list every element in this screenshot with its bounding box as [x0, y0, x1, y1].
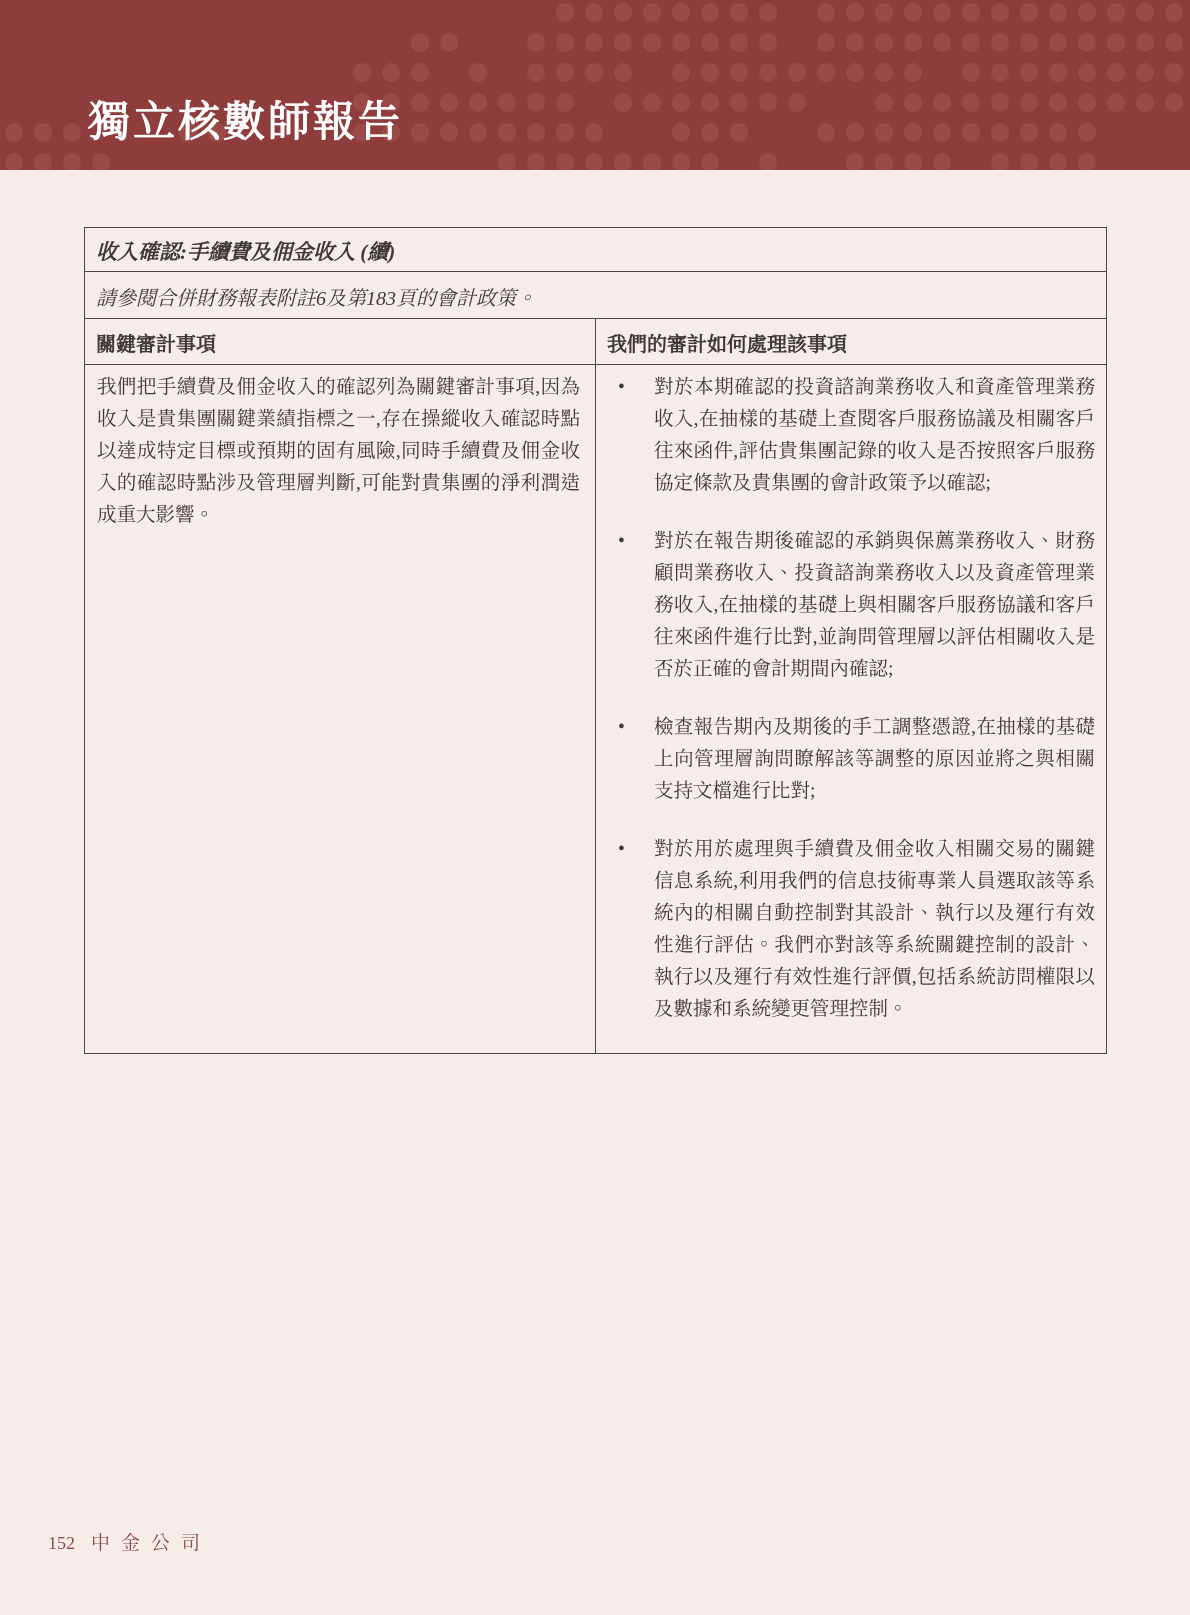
- audit-response-cell: 對於本期確認的投資諮詢業務收入和資產管理業務收入,在抽樣的基礎上查閱客戶服務協議…: [596, 365, 1107, 1054]
- audit-procedure-item: 檢查報告期內及期後的手工調整憑證,在抽樣的基礎上向管理層詢問瞭解該等調整的原因並…: [597, 712, 1105, 808]
- audit-procedures-list: 對於本期確認的投資諮詢業務收入和資產管理業務收入,在抽樣的基礎上查閱客戶服務協議…: [597, 366, 1105, 1026]
- key-audit-matters-table: 收入確認:手續費及佣金收入 (續) 請參閱合併財務報表附註6及第183頁的會計政…: [84, 227, 1107, 1054]
- company-name: 中金公司: [91, 1533, 211, 1554]
- key-audit-matter-text: 我們把手續費及佣金收入的確認列為關鍵審計事項,因為收入是貴集團關鍵業績指標之一,…: [86, 366, 594, 532]
- key-audit-matter-cell: 我們把手續費及佣金收入的確認列為關鍵審計事項,因為收入是貴集團關鍵業績指標之一,…: [85, 365, 596, 1054]
- audit-procedure-item: 對於本期確認的投資諮詢業務收入和資產管理業務收入,在抽樣的基礎上查閱客戶服務協議…: [597, 372, 1105, 500]
- table-title: 收入確認:手續費及佣金收入 (續): [85, 228, 1107, 272]
- audit-procedure-item: 對於在報告期後確認的承銷與保薦業務收入、財務顧問業務收入、投資諮詢業務收入以及資…: [597, 526, 1105, 686]
- page-number: 152: [48, 1533, 75, 1553]
- column-header-audit-response: 我們的審計如何處理該事項: [596, 319, 1107, 365]
- audit-procedure-item: 對於用於處理與手續費及佣金收入相關交易的關鍵信息系統,利用我們的信息技術專業人員…: [597, 834, 1105, 1026]
- page-title: 獨立核數師報告: [88, 100, 403, 146]
- report-page: 獨立核數師報告 收入確認:手續費及佣金收入 (續) 請參閱合併財務報表附註6及第…: [0, 0, 1190, 1615]
- column-header-key-audit-matter: 關鍵審計事項: [85, 319, 596, 365]
- table-note: 請參閱合併財務報表附註6及第183頁的會計政策。: [85, 272, 1107, 319]
- page-banner: 獨立核數師報告: [0, 0, 1190, 170]
- page-footer: 152中金公司: [48, 1528, 211, 1555]
